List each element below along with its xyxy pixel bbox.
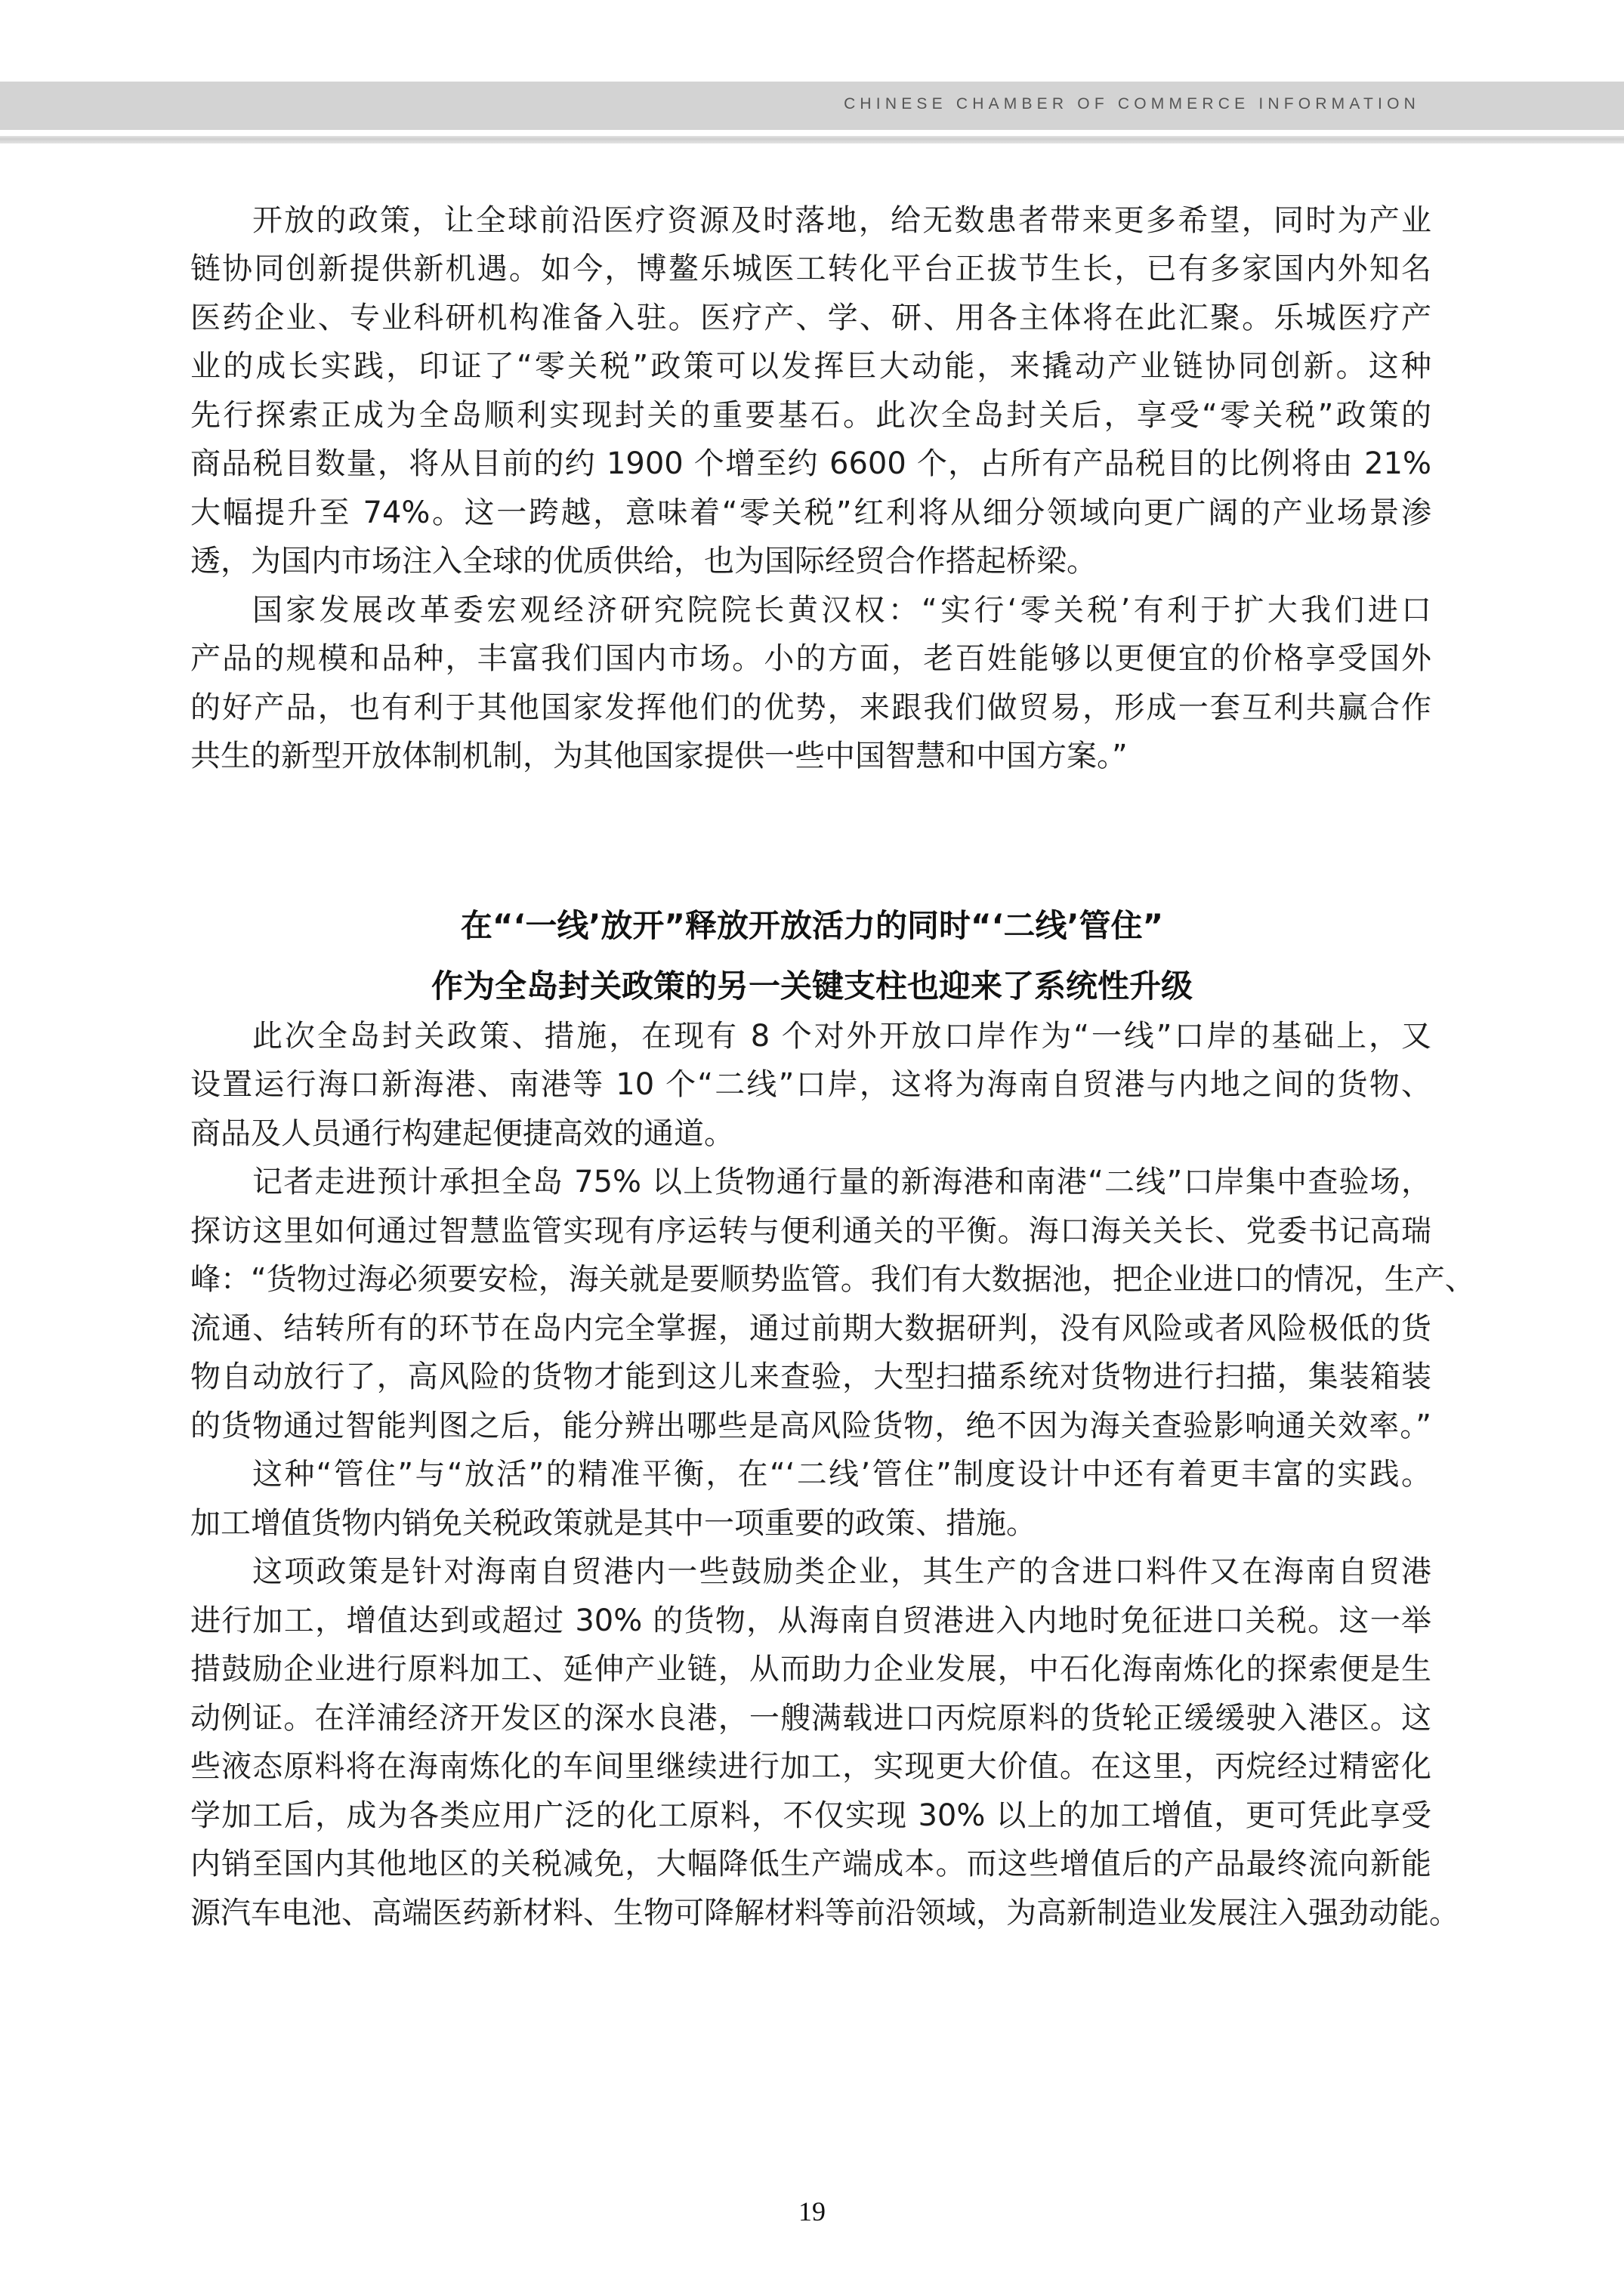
text-line: 记者走进预计承担全岛 75% 以上货物通行量的新海港和南港“二线”口岸集中查验场… <box>252 1159 1431 1205</box>
text-line: 内销至国内其他地区的关税减免，大幅降低生产端成本。而这些增值后的产品最终流向新能 <box>190 1841 1431 1887</box>
text-line: 大幅提升至 74%。这一跨越，意味着“零关税”红利将从细分领域向更广阔的产业场景… <box>190 490 1431 535</box>
running-title: CHINESE CHAMBER OF COMMERCE INFORMATION <box>844 95 1420 113</box>
text-line: 设置运行海口新海港、南港等 10 个“二线”口岸，这将为海南自贸港与内地之间的货… <box>190 1062 1431 1107</box>
text-line: 国家发展改革委宏观经济研究院院长黄汉权：“实行‘零关税’有利于扩大我们进口 <box>252 588 1431 633</box>
text-line: 先行探索正成为全岛顺利实现封关的重要基石。此次全岛封关后，享受“零关税”政策的 <box>190 393 1431 438</box>
text-line: 产品的规模和品种，丰富我们国内市场。小的方面，老百姓能够以更便宜的价格享受国外 <box>190 636 1431 681</box>
page-number: 19 <box>0 2196 1624 2227</box>
text-line: 的货物通过智能判图之后，能分辨出哪些是高风险货物，绝不因为海关查验影响通关效率。… <box>190 1403 1431 1449</box>
text-line: 动例证。在洋浦经济开发区的深水良港，一艘满载进口丙烷原料的货轮正缓缓驶入港区。这 <box>190 1696 1431 1741</box>
text-line: 些液态原料将在海南炼化的车间里继续进行加工，实现更大价值。在这里，丙烷经过精密化 <box>190 1744 1431 1789</box>
text-line: 链协同创新提供新机遇。如今，博鳌乐城医工转化平台正拔节生长，已有多家国内外知名 <box>190 246 1431 292</box>
text-line: 探访这里如何通过智慧监管实现有序运转与便利通关的平衡。海口海关关长、党委书记高瑞 <box>190 1208 1431 1254</box>
text-line: 开放的政策，让全球前沿医疗资源及时落地，给无数患者带来更多希望，同时为产业 <box>252 198 1431 243</box>
text-line: 物自动放行了，高风险的货物才能到这儿来查验，大型扫描系统对货物进行扫描，集装箱装 <box>190 1354 1431 1400</box>
text-line: 措鼓励企业进行原料加工、延伸产业链，从而助力企业发展，中石化海南炼化的探索便是生 <box>190 1646 1431 1692</box>
text-line: 源汽车电池、高端医药新材料、生物可降解材料等前沿领域，为高新制造业发展注入强劲动… <box>190 1890 1431 1936</box>
text-line: 此次全岛封关政策、措施，在现有 8 个对外开放口岸作为“一线”口岸的基础上，又 <box>252 1014 1431 1059</box>
text-line: 医药企业、专业科研机构准备入驻。医疗产、学、研、用各主体将在此汇聚。乐城医疗产 <box>190 295 1431 341</box>
text-line: 这种“管住”与“放活”的精准平衡，在“‘二线’管住”制度设计中还有着更丰富的实践… <box>252 1452 1431 1497</box>
text-line: 透，为国内市场注入全球的优质供给，也为国际经贸合作搭起桥梁。 <box>190 539 1431 584</box>
text-line: 业的成长实践，印证了“零关税”政策可以发挥巨大动能，来撬动产业链协同创新。这种 <box>190 344 1431 389</box>
text-line: 流通、结转所有的环节在岛内完全掌握，通过前期大数据研判，没有风险或者风险极低的货 <box>190 1306 1431 1351</box>
text-line: 共生的新型开放体制机制，为其他国家提供一些中国智慧和中国方案。” <box>190 733 1431 779</box>
text-line: 进行加工，增值达到或超过 30% 的货物，从海南自贸港进入内地时免征进口关税。这… <box>190 1598 1431 1643</box>
text-line: 的好产品，也有利于其他国家发挥他们的优势，来跟我们做贸易，形成一套互利共赢合作 <box>190 685 1431 730</box>
text-line: 峰：“货物过海必须要安检，海关就是要顺势监管。我们有大数据池，把企业进口的情况，… <box>190 1257 1431 1302</box>
text-line: 加工增值货物内销免关税政策就是其中一项重要的政策、措施。 <box>190 1501 1431 1546</box>
text-line: 学加工后，成为各类应用广泛的化工原料，不仅实现 30% 以上的加工增值，更可凭此… <box>190 1793 1431 1838</box>
section-heading-line-1: 在“‘一线’放开”释放开放活力的同时“‘二线’管住” <box>0 903 1624 949</box>
section-heading-line-2: 作为全岛封关政策的另一关键支柱也迎来了系统性升级 <box>0 964 1624 1009</box>
text-line: 这项政策是针对海南自贸港内一些鼓励类企业，其生产的含进口料件又在海南自贸港 <box>252 1549 1431 1594</box>
header-divider <box>0 136 1624 144</box>
text-line: 商品及人员通行构建起便捷高效的通道。 <box>190 1111 1431 1156</box>
text-line: 商品税目数量，将从目前的约 1900 个增至约 6600 个，占所有产品税目的比… <box>190 441 1431 486</box>
